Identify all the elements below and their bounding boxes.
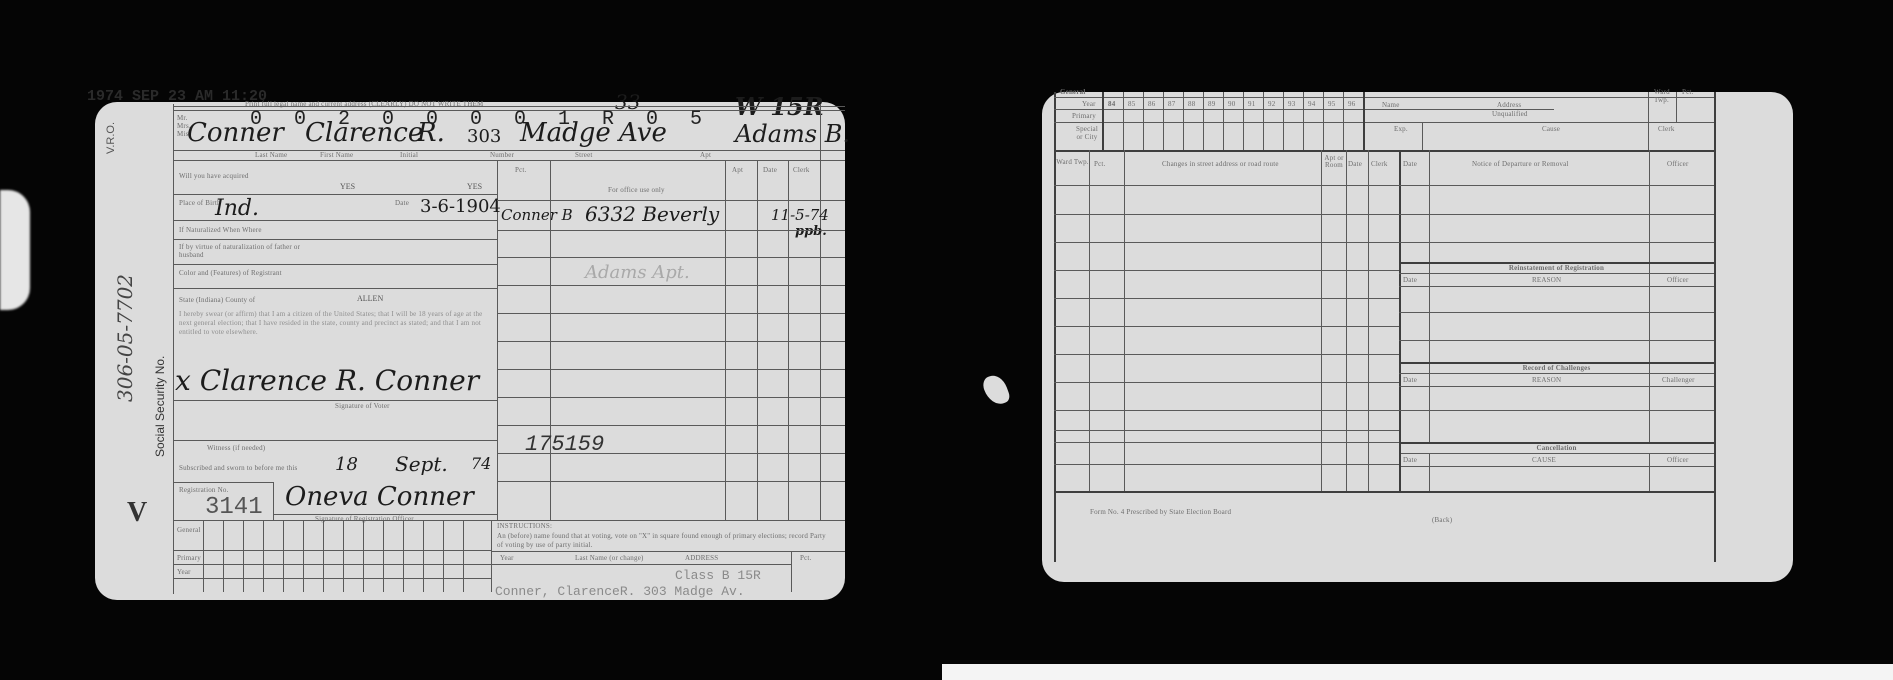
grid-label-year: Year	[177, 568, 191, 576]
transfer-clerk: ppb.	[795, 224, 827, 239]
label-number: Number	[490, 151, 514, 159]
year-96: 96	[1348, 100, 1355, 108]
cancellation-col-cause: CAUSE	[1532, 456, 1556, 464]
removal-col-officer: Officer	[1667, 160, 1688, 168]
year-88: 88	[1188, 100, 1195, 108]
typed-code: Class B 15R	[675, 568, 761, 583]
col-pct: Pct.	[515, 166, 527, 174]
letter-v: V	[127, 497, 147, 529]
removal-col-notice: Notice of Departure or Removal	[1472, 160, 1569, 168]
lower-label-pct: Pct.	[800, 554, 812, 562]
back-side-label: (Back)	[1432, 516, 1452, 524]
label-citizenship-by-marriage: If by virtue of naturalization of father…	[179, 243, 319, 259]
background-glare	[0, 190, 30, 310]
year-85: 85	[1128, 100, 1135, 108]
label-will-you: Will you have acquired	[179, 172, 249, 180]
back-pct-label: Pct.	[1682, 88, 1694, 96]
year-86: 86	[1148, 100, 1155, 108]
change-col-date: Date	[1348, 160, 1362, 168]
house-number-value: 303	[467, 126, 501, 147]
subscribed-month: Sept.	[395, 452, 448, 476]
back-cause-label: Cause	[1542, 125, 1560, 133]
label-street: Street	[575, 151, 593, 159]
cancellation-title: Cancellation	[1399, 444, 1714, 452]
typed-index: Conner, ClarenceR. 303 Madge Av.	[495, 584, 745, 599]
back-clerk-label: Clerk	[1658, 125, 1675, 133]
bottom-white-bar	[942, 664, 1893, 680]
lower-label-year: Year	[500, 554, 514, 562]
label-signature-of-registrar: Signature of Registration Officer	[315, 515, 414, 523]
county-value: ALLEN	[357, 294, 383, 303]
reinstatement-col-officer: Officer	[1667, 276, 1688, 284]
removal-col-date: Date	[1403, 160, 1417, 168]
label-apt: Apt	[700, 151, 711, 159]
registration-card-back: General Year Primary Special or City 84 …	[1042, 92, 1793, 582]
cancellation-col-officer: Officer	[1667, 456, 1688, 464]
lower-label-address: ADDRESS	[685, 554, 718, 562]
year-95: 95	[1328, 100, 1335, 108]
form-number: Form No. 4 Prescribed by State Election …	[1090, 508, 1231, 516]
lower-label-last-name: Last Name (or change)	[575, 554, 644, 562]
label-yes-1: YES	[340, 182, 355, 191]
year-94: 94	[1308, 100, 1315, 108]
first-name-value: Clarence	[305, 118, 423, 148]
challenges-col-reason: REASON	[1532, 376, 1561, 384]
registration-number: 3141	[205, 494, 263, 521]
change-col-pct: Pct.	[1094, 160, 1106, 168]
back-exp-label: Exp.	[1394, 125, 1408, 133]
back-unqualified-label: Unqualified	[1492, 110, 1528, 118]
grid-label-primary: Primary	[177, 554, 201, 562]
year-90: 90	[1228, 100, 1235, 108]
for-office-use: For office use only	[608, 186, 665, 194]
vro-label: V.R.O.	[105, 122, 117, 154]
cancellation-col-date: Date	[1403, 456, 1417, 464]
label-last-name: Last Name	[255, 151, 287, 159]
year-91: 91	[1248, 100, 1255, 108]
change-col-address: Changes in street address or road route	[1162, 160, 1279, 168]
label-naturalized: If Naturalized When Where	[179, 226, 262, 234]
instructions-text: An (before) name found that at voting, v…	[497, 532, 827, 550]
year-92: 92	[1268, 100, 1275, 108]
oath-text: I hereby swear (or affirm) that I am a c…	[179, 310, 489, 337]
label-color-features: Color and (Features) of Registrant	[179, 269, 282, 277]
year-93: 93	[1288, 100, 1295, 108]
initial-value: R.	[417, 118, 445, 148]
challenges-title: Record of Challenges	[1399, 364, 1714, 372]
date-stamp: 1974 SEP 23 AM 11:20	[87, 88, 267, 105]
township-value: Adams B.	[735, 120, 850, 148]
registrar-signature: Oneva Conner	[285, 482, 474, 512]
back-primary-label: Primary	[1072, 112, 1096, 120]
label-birth-date: Date	[395, 199, 409, 207]
background-speck	[981, 372, 1012, 408]
instructions-title: INSTRUCTIONS:	[497, 522, 552, 530]
registration-card-front: 1974 SEP 23 AM 11:20 Print full legal na…	[95, 102, 845, 600]
change-col-apt: Apt or Room	[1322, 155, 1346, 169]
back-general-label: General	[1060, 88, 1086, 96]
col-apt: Apt	[732, 166, 743, 174]
label-state-county: State (Indiana) County of	[179, 296, 255, 304]
label-yes-2: YES	[467, 182, 482, 191]
reinstatement-title: Reinstatement of Registration	[1399, 264, 1714, 272]
voter-signature: x Clarence R. Conner	[175, 364, 479, 397]
label-witness: Witness (if needed)	[207, 444, 265, 452]
change-col-clerk: Clerk	[1371, 160, 1388, 168]
col-date: Date	[763, 166, 777, 174]
faint-entry: Adams Apt.	[585, 262, 690, 283]
challenges-col-challenger: Challenger	[1662, 376, 1695, 384]
back-name-label: Name	[1382, 101, 1400, 109]
transfer-address: 6332 Beverly	[585, 202, 719, 226]
year-84: 84	[1108, 100, 1115, 108]
label-signature-of-voter: Signature of Voter	[335, 402, 390, 410]
back-address-label: Address	[1497, 101, 1521, 109]
ssn-label: Social Security No.	[153, 356, 167, 457]
label-registration-no: Registration No.	[179, 486, 228, 494]
last-name-value: Conner	[187, 118, 284, 148]
label-first-name: First Name	[320, 151, 353, 159]
subscribed-year: 74	[471, 454, 491, 473]
change-col-ward: Ward Twp.	[1056, 158, 1089, 166]
ssn-value: 306-05-7702	[113, 274, 137, 402]
place-of-birth-value: Ind.	[215, 196, 259, 221]
reinstatement-col-date: Date	[1403, 276, 1417, 284]
label-initial: Initial	[400, 151, 418, 159]
back-ward-twp-label: Ward Twp.	[1654, 88, 1678, 104]
year-89: 89	[1208, 100, 1215, 108]
back-special-label: Special or City	[1072, 125, 1102, 141]
grid-label-general: General	[177, 526, 201, 534]
reinstatement-col-reason: REASON	[1532, 276, 1561, 284]
back-year-label: Year	[1082, 100, 1096, 108]
label-subscribed: Subscribed and sworn to before me this	[179, 464, 297, 472]
year-87: 87	[1168, 100, 1175, 108]
challenges-col-date: Date	[1403, 376, 1417, 384]
transfer-ward: Conner B	[501, 206, 573, 224]
transfer-date: 11-5-74	[771, 206, 829, 224]
subscribed-day: 18	[335, 454, 358, 475]
birth-date-value: 3-6-1904	[420, 196, 501, 217]
col-clerk: Clerk	[793, 166, 810, 174]
street-value: Madge Ave	[520, 118, 667, 148]
